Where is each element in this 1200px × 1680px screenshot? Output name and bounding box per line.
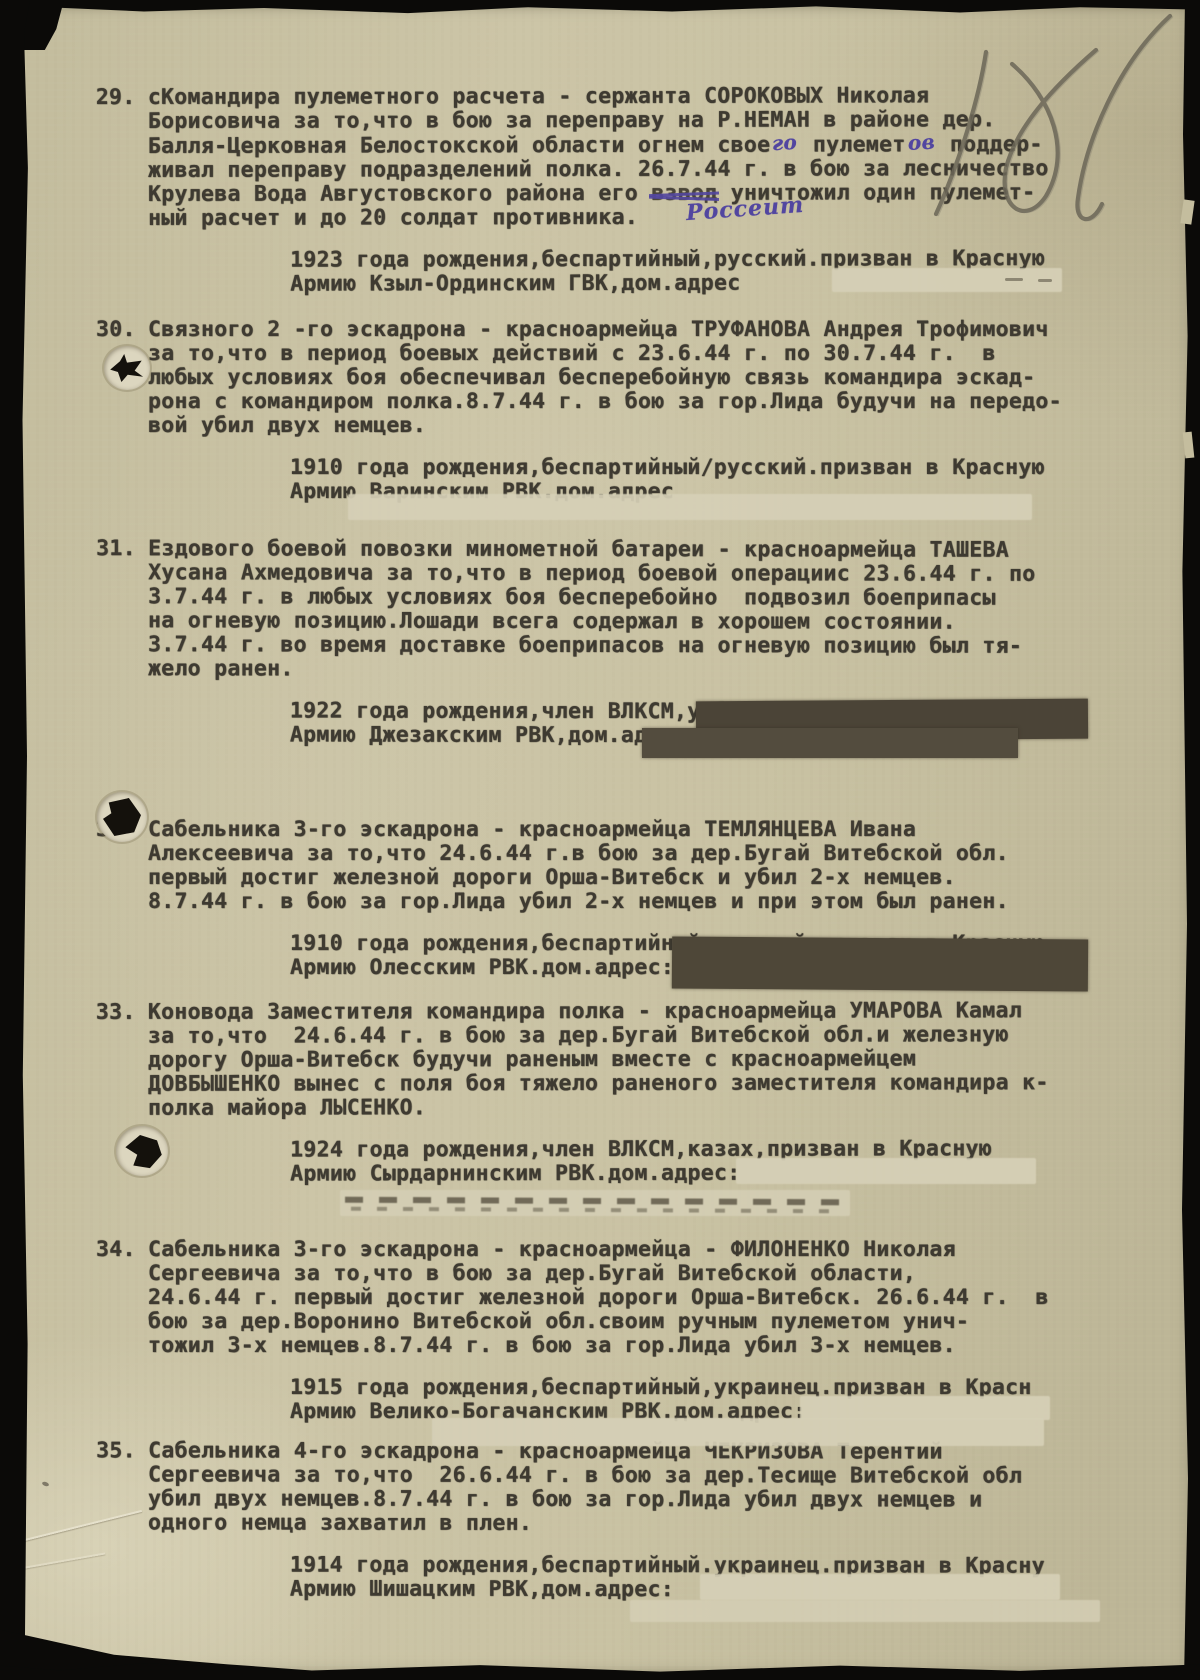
redaction-bar (672, 937, 1088, 992)
entry-line: Сабельника 3-го эскадрона - красноармейц… (148, 1238, 1049, 1262)
typed-text: Крулева Вода Августовского района его (148, 181, 651, 207)
erase-mark (700, 1574, 1060, 1600)
scan-edge-left (0, 0, 30, 1680)
smudge-dash (1038, 279, 1052, 282)
entry-number: 30. (96, 318, 136, 342)
entry-line: убил двух немцев.8.7.44 г. в бою за гор.… (148, 1487, 1045, 1512)
entry-line: рона с командиром полка.8.7.44 г. в бою … (148, 390, 1062, 414)
erase-mark (832, 268, 1062, 292)
entry-line: Крулева Вода Августовского района его вз… (148, 181, 1049, 207)
scan-edge-top (0, 0, 1200, 16)
typed-text: пулемет (800, 132, 906, 157)
entry-item: 30.Связного 2 -го эскадрона - красноарме… (148, 318, 1062, 504)
entry-line: дорогу Орша-Витебск будучи раненым вмест… (148, 1047, 1049, 1073)
torn-paper-blob (103, 798, 141, 836)
entry-line: 24.6.44 г. первый достиг железной дороги… (148, 1286, 1049, 1310)
entry-line: Хусана Ахмедовича за то,что в период бое… (148, 561, 1035, 587)
entry-line: за то,что в период боевых действий с 23.… (148, 342, 1062, 366)
entry-line: 3.7.44 г. в любых условиях боя бесперебо… (148, 585, 1035, 611)
erase-mark (630, 1600, 1100, 1622)
erase-mark (348, 494, 1032, 520)
entry-line: Ездового боевой повозки минометной батар… (148, 537, 1035, 563)
hole-punch-icon (104, 346, 150, 390)
ink-correction: го (772, 130, 798, 155)
entry-line: за то,что 24.6.44 г. в бою за дер.Бугай … (148, 1023, 1049, 1049)
ink-speck (42, 1481, 50, 1487)
birth-line: 1910 года рождения,беспартийный/русский.… (290, 456, 1062, 480)
entry-line: Сабельника 3-го эскадрона - красноармейц… (148, 818, 1045, 842)
typed-text: Балля-Церковная Белостокской области огн… (148, 133, 771, 159)
entry-line: 3.7.44 г. во время доставке боеприпасов … (148, 633, 1035, 659)
torn-paper-blob (110, 351, 145, 384)
entry-line: сКомандира пулеметного расчета - сержант… (148, 84, 1049, 110)
entry-number: 31. (96, 537, 136, 561)
scan-edge-bottom (0, 1656, 1200, 1680)
entry-item: 29.сКомандира пулеметного расчета - серж… (148, 84, 1049, 297)
entry-number: 33. (96, 1001, 136, 1025)
entry-line: одного немца захватил в плен. (148, 1511, 1045, 1536)
entry-line: полка майора ЛЫСЕНКО. (148, 1095, 1049, 1121)
entry-line: Алексеевича за то,что 24.6.44 г.в бою за… (148, 842, 1045, 866)
entry-number: 35. (96, 1439, 136, 1463)
entry-line: Коновода Заместителя командира полка - к… (148, 999, 1049, 1025)
entry-line: первый достиг железной дороги Орша-Витеб… (148, 866, 1045, 890)
entry-line: ДОВБЫШЕНКО вынес с поля боя тяжело ранен… (148, 1071, 1049, 1097)
entry-line: любых условиях боя обеспечивал бесперебо… (148, 366, 1062, 390)
document-page: 29.сКомандира пулеметного расчета - серж… (0, 0, 1200, 1680)
entry-line: Связного 2 -го эскадрона - красноармейца… (148, 318, 1062, 342)
entry-line: Сергеевича за то,что в бою за дер.Бугай … (148, 1262, 1049, 1286)
entry-line: тожил 3-х немцев.8.7.44 г. в бою за гор.… (148, 1334, 1049, 1358)
erase-mark (432, 1418, 1044, 1446)
hole-punch-icon (97, 792, 147, 842)
erase-mark (736, 1158, 1036, 1184)
entry-line: Балля-Церковная Белостокской области огн… (148, 132, 1049, 159)
redaction-bar (642, 728, 1018, 758)
entry-number: 34. (96, 1238, 136, 1262)
entry-line: бою за дер.Воронино Витебской обл.своим … (148, 1310, 1049, 1334)
erase-mark (800, 1396, 1050, 1420)
entry-number: 29. (96, 86, 136, 110)
entry-line: живал переправу подразделений полка. 26.… (148, 157, 1049, 183)
entry-line: жело ранен. (148, 657, 1035, 683)
entry-line: ный расчет и до 20 солдат противника. (148, 205, 1049, 231)
smudge-dash (1005, 278, 1023, 281)
typed-text: поддер- (937, 132, 1043, 157)
scan-edge-right (1180, 0, 1200, 1680)
ink-correction: ов (907, 130, 935, 155)
entry-line: 8.7.44 г. в бою за гор.Лида убил 2-х нем… (148, 890, 1045, 914)
entry-line: вой убил двух немцев. (148, 414, 1062, 438)
entry-line: на огневую позицию.Лошади всега содержал… (148, 609, 1035, 635)
hole-punch-icon (116, 1126, 168, 1176)
entry-line: Сергеевича за то,что 26.6.44 г. в бою за… (148, 1463, 1045, 1488)
erased-text-remnant (345, 1195, 840, 1216)
torn-paper-blob (122, 1132, 162, 1170)
